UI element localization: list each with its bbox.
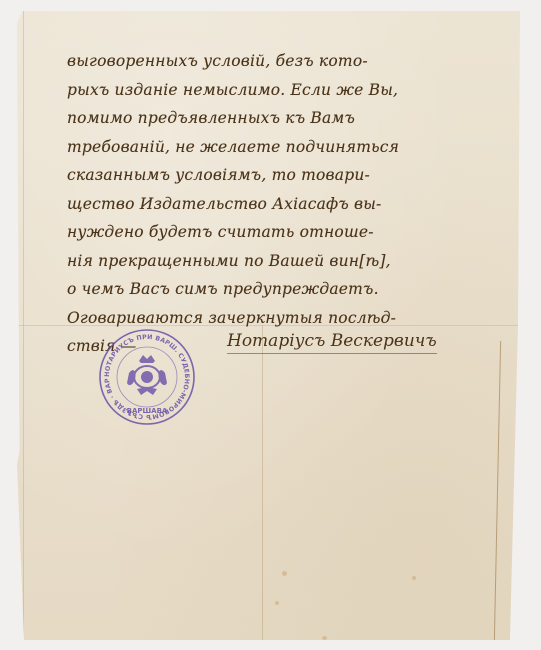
foxing-spot xyxy=(282,571,287,576)
foxing-spot xyxy=(322,636,327,640)
double-headed-eagle-crest-icon xyxy=(127,355,167,395)
text-line: о чемъ Васъ симъ предупреждаетъ. xyxy=(67,275,507,304)
text-line: нія прекращенными по Вашей вин[ѣ], xyxy=(67,247,507,276)
foxing-spot xyxy=(412,576,416,580)
notary-signature: Нотаріусъ Вескервичъ xyxy=(227,331,437,354)
notary-seal-stamp: НОТАРИУСЪ ПРИ ВАРШ. СУДЕБНО-МИРОВОМЪ СЪѢ… xyxy=(97,327,197,427)
handwritten-body: выговоренныхъ условій, безъ кото- рыхъ и… xyxy=(67,47,507,361)
text-line: требованій, не желаете подчиняться xyxy=(67,133,507,162)
document-paper: выговоренныхъ условій, безъ кото- рыхъ и… xyxy=(17,11,520,640)
text-line: нуждено будетъ считать отноше- xyxy=(67,218,507,247)
foxing-spot xyxy=(275,601,279,605)
stamp-city-text: ВАРШАВА xyxy=(127,407,168,415)
vertical-fold-line xyxy=(262,325,263,640)
text-line: выговоренныхъ условій, безъ кото- xyxy=(67,47,507,76)
text-line: щество Издательство Ахіасафъ вы- xyxy=(67,190,507,219)
text-line: рыхъ изданіе немыслимо. Если же Вы, xyxy=(67,76,507,105)
text-line: помимо предъявленныхъ къ Вамъ xyxy=(67,104,507,133)
text-line: сказаннымъ условіямъ, то товари- xyxy=(67,161,507,190)
